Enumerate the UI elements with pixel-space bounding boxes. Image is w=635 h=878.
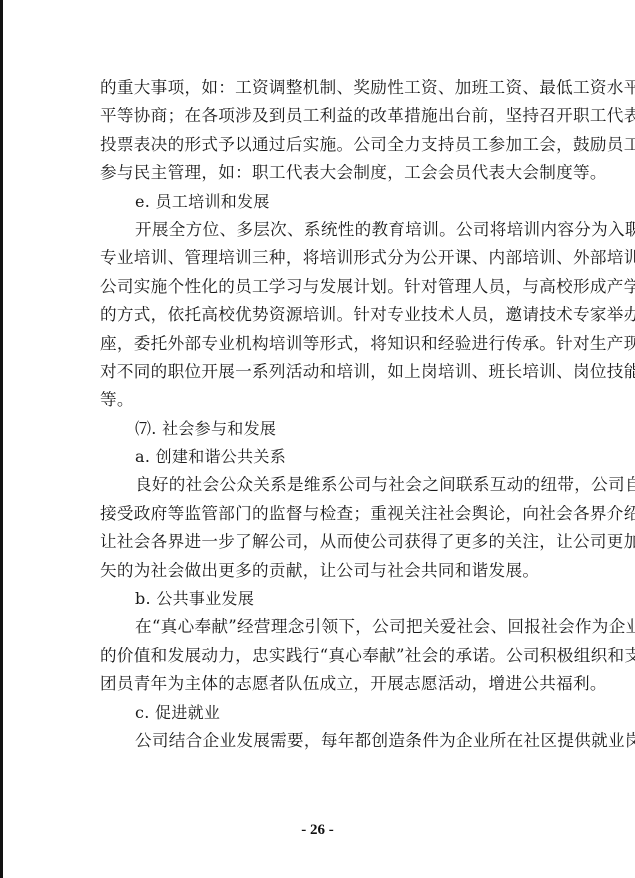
body-line: 专业培训、管理培训三种，将培训形式分为公开课、内部培训、外部培训三种。 (100, 244, 546, 272)
section-heading-public-relations: a. 创建和谐公共关系 (100, 443, 546, 471)
body-line: 对不同的职位开展一系列活动和培训，如上岗培训、班长培训、岗位技能培训等 (100, 358, 546, 386)
body-line: 的方式，依托高校优势资源培训。针对专业技术人员，邀请技术专家举办专题讲 (100, 301, 546, 329)
page-left-border (0, 0, 3, 878)
body-line: 让社会各界进一步了解公司，从而使公司获得了更多的关注，让公司更加有的放 (100, 528, 546, 556)
body-line: 矢的为社会做出更多的贡献，让公司与社会共同和谐发展。 (100, 557, 546, 585)
section-heading-public-welfare: b. 公共事业发展 (100, 585, 546, 613)
section-heading-employee-training: e. 员工培训和发展 (100, 188, 546, 216)
page-number: - 26 - (0, 822, 635, 839)
body-line: 良好的社会公众关系是维系公司与社会之间联系互动的纽带，公司自觉主动 (100, 471, 546, 499)
section-heading-social-participation: ⑺. 社会参与和发展 (100, 415, 546, 443)
body-line: 公司结合企业发展需要，每年都创造条件为企业所在社区提供就业岗位。同 (100, 727, 546, 755)
body-line: 公司实施个性化的员工学习与发展计划。针对管理人员，与高校形成产学研结合 (100, 273, 546, 301)
body-line: 座，委托外部专业机构培训等形式，将知识和经验进行传承。针对生产现场人员， (100, 330, 546, 358)
body-line: 开展全方位、多层次、系统性的教育培训。公司将培训内容分为入职培训、 (100, 216, 546, 244)
body-line: 的价值和发展动力，忠实践行“真心奉献”社会的承诺。公司积极组织和支持以 (100, 642, 546, 670)
body-line: 投票表决的形式予以通过后实施。公司全力支持员工参加工会，鼓励员工多途径 (100, 131, 546, 159)
document-page: 的重大事项，如：工资调整机制、奖励性工资、加班工资、最低工资水平等进行 平等协商… (100, 74, 546, 755)
body-line: 团员青年为主体的志愿者队伍成立，开展志愿活动，增进公共福利。 (100, 670, 546, 698)
body-line: 接受政府等监管部门的监督与检查；重视关注社会舆论，向社会各界介绍公司， (100, 500, 546, 528)
body-line: 在“真心奉献”经营理念引领下，公司把关爱社会、回报社会作为企业生存 (100, 613, 546, 641)
body-line: 的重大事项，如：工资调整机制、奖励性工资、加班工资、最低工资水平等进行 (100, 74, 546, 102)
body-line: 平等协商；在各项涉及到员工利益的改革措施出台前，坚持召开职工代表大会以 (100, 102, 546, 130)
body-line: 参与民主管理，如：职工代表大会制度，工会会员代表大会制度等。 (100, 159, 546, 187)
section-heading-employment: c. 促进就业 (100, 699, 546, 727)
body-line: 等。 (100, 386, 546, 414)
